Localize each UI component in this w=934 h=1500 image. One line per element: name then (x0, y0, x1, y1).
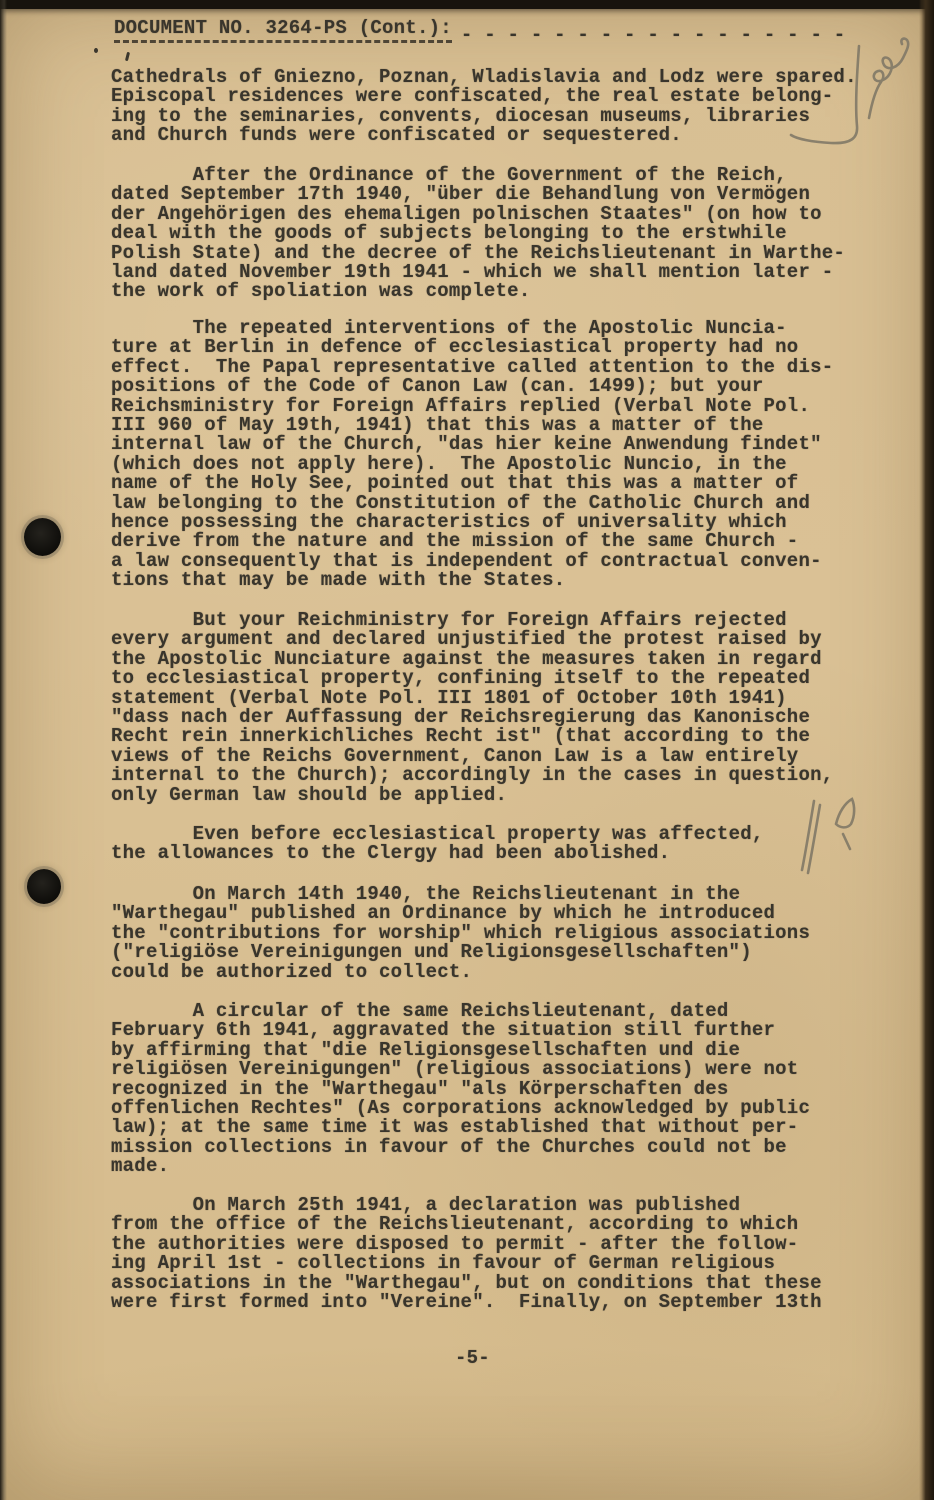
ink-speck (94, 48, 98, 53)
ink-speck (125, 52, 130, 61)
punch-hole-top (24, 518, 61, 556)
document-title: DOCUMENT NO. 3264-PS (Cont.): (114, 19, 452, 43)
scan-edge-right (919, 0, 934, 1500)
scan-edge-left (0, 0, 7, 1500)
page-number: -5- (455, 1349, 490, 1368)
paragraph-3: The repeated interventions of the Aposto… (111, 319, 917, 591)
paragraph-4: But your Reichministry for Foreign Affai… (111, 611, 917, 805)
scan-edge-top (0, 0, 934, 9)
paragraph-1: Cathedrals of Gniezno, Poznan, Wladislav… (111, 68, 917, 146)
paragraph-7: A circular of the same Reichslieutenant,… (111, 1002, 917, 1177)
paragraph-5: Even before ecclesiastical property was … (111, 825, 917, 864)
header-dash-line: - - - - - - - - - - - - - - - - - (461, 26, 846, 45)
paragraph-8: On March 25th 1941, a declaration was pu… (111, 1196, 917, 1312)
paragraph-6: On March 14th 1940, the Reichslieutenant… (111, 885, 917, 982)
scanned-document-page: DOCUMENT NO. 3264-PS (Cont.):- - - - - -… (0, 0, 934, 1500)
punch-hole-bottom (27, 869, 61, 904)
document-header: DOCUMENT NO. 3264-PS (Cont.):- - - - - -… (114, 19, 920, 43)
paragraph-2: After the Ordinance of the Government of… (111, 166, 917, 302)
